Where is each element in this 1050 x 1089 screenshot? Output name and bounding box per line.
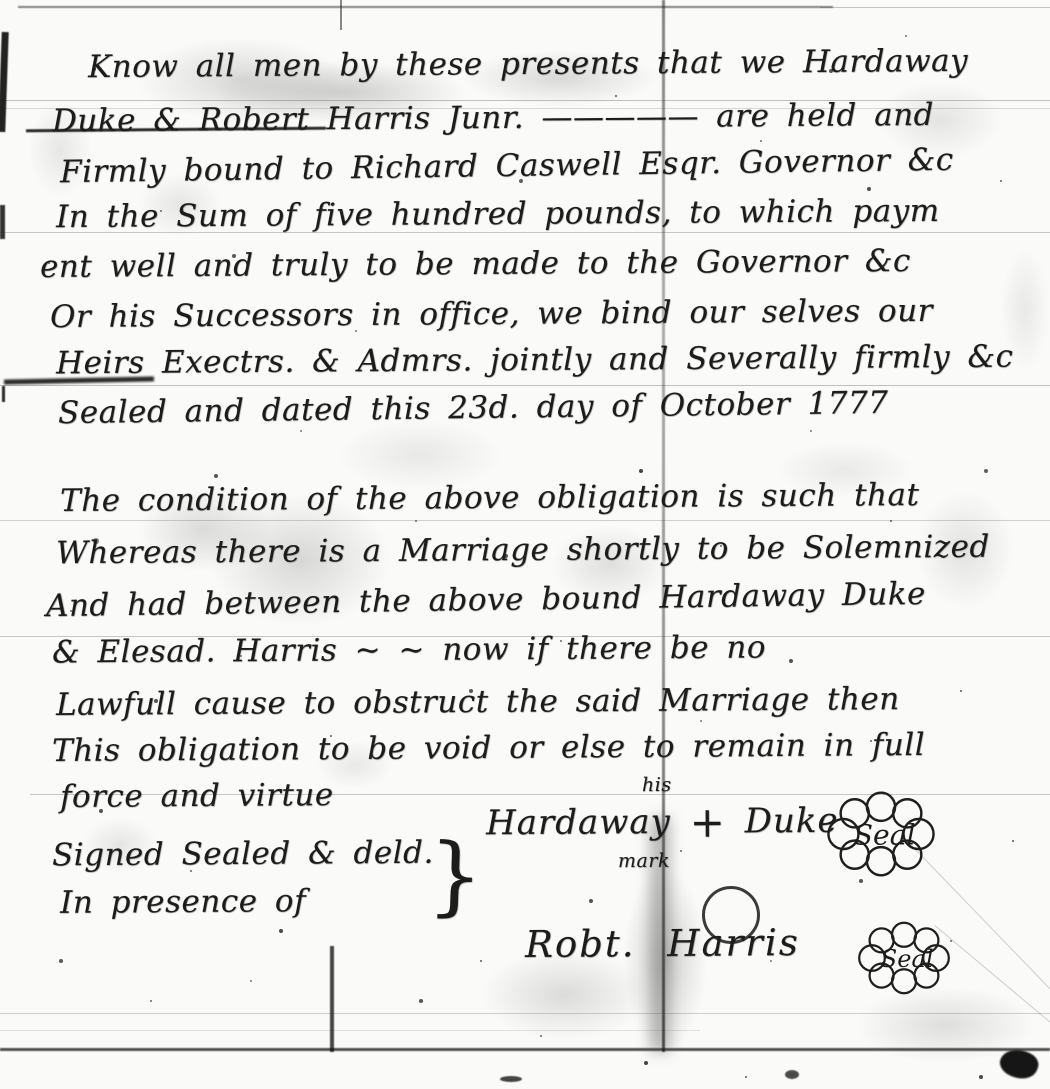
edge-artifact — [0, 32, 9, 132]
ink-squiggle — [500, 1076, 522, 1082]
fold-line-vertical — [340, 0, 342, 30]
manuscript-line: Firmly bound to Richard Caswell Esqr. Go… — [60, 142, 954, 190]
signature-robert-harris: Robt. Harris — [525, 921, 800, 966]
fold-line-horizontal — [820, 7, 1050, 8]
manuscript-line: & Elesad. Harris ~ ~ now if there be no — [52, 630, 766, 671]
mark-label-his: his — [642, 774, 672, 796]
edge-artifact — [0, 205, 5, 239]
manuscript-line: Lawfull cause to obstruct the said Marri… — [56, 681, 900, 723]
manuscript-line: In the Sum of five hundred pounds, to wh… — [56, 193, 940, 235]
seal-stamp: Seal — [820, 786, 942, 882]
scanned-document-page: Know all men by these presents that we H… — [0, 0, 1050, 1089]
mark-label-mark: mark — [618, 850, 670, 872]
witness-brace: } — [426, 825, 484, 927]
signature-mark-cross: + — [689, 798, 726, 847]
manuscript-line: Whereas there is a Marriage shortly to b… — [56, 529, 990, 572]
manuscript-line: This obligation to be void or else to re… — [52, 727, 925, 769]
manuscript-line: Heirs Exectrs. & Admrs. jointly and Seve… — [56, 339, 1014, 382]
manuscript-line: Sealed and dated this 23d. day of Octobe… — [58, 385, 889, 431]
ink-blob — [996, 1044, 1041, 1083]
seal-text: Seal — [854, 818, 916, 851]
fold-line-horizontal — [0, 385, 1050, 386]
manuscript-line: ent well and truly to be made to the Gov… — [40, 243, 911, 285]
fold-line-horizontal — [0, 1013, 1050, 1014]
fold-line-horizontal — [0, 1030, 700, 1031]
manuscript-line: Signed Sealed & deld. — [52, 835, 434, 874]
manuscript-line: In presence of — [60, 883, 306, 921]
seal-text: Seal — [881, 945, 934, 973]
signature-name-left: Hardaway — [486, 802, 671, 843]
paper-specks — [0, 0, 2, 2]
margin-tick — [2, 386, 5, 402]
document-bottom-edge — [0, 1048, 1050, 1051]
fold-line-horizontal — [0, 520, 1050, 521]
manuscript-line: Or his Successors in office, we bind our… — [50, 293, 933, 335]
seal-stamp: Seal — [852, 912, 956, 1004]
manuscript-line: Know all men by these presents that we H… — [88, 43, 968, 85]
ink-squiggle — [785, 1070, 799, 1079]
fold-line-vertical — [330, 946, 334, 1052]
manuscript-line: And had between the above bound Hardaway… — [46, 576, 926, 624]
fold-line-horizontal — [18, 6, 833, 8]
manuscript-line: Duke & Robert Harris Junr. ————— are hel… — [52, 97, 934, 139]
signature-hardaway-duke: Hardaway + Duke — [486, 801, 839, 843]
manuscript-line: force and virtue — [60, 777, 334, 815]
manuscript-line: The condition of the above obligation is… — [60, 477, 920, 519]
